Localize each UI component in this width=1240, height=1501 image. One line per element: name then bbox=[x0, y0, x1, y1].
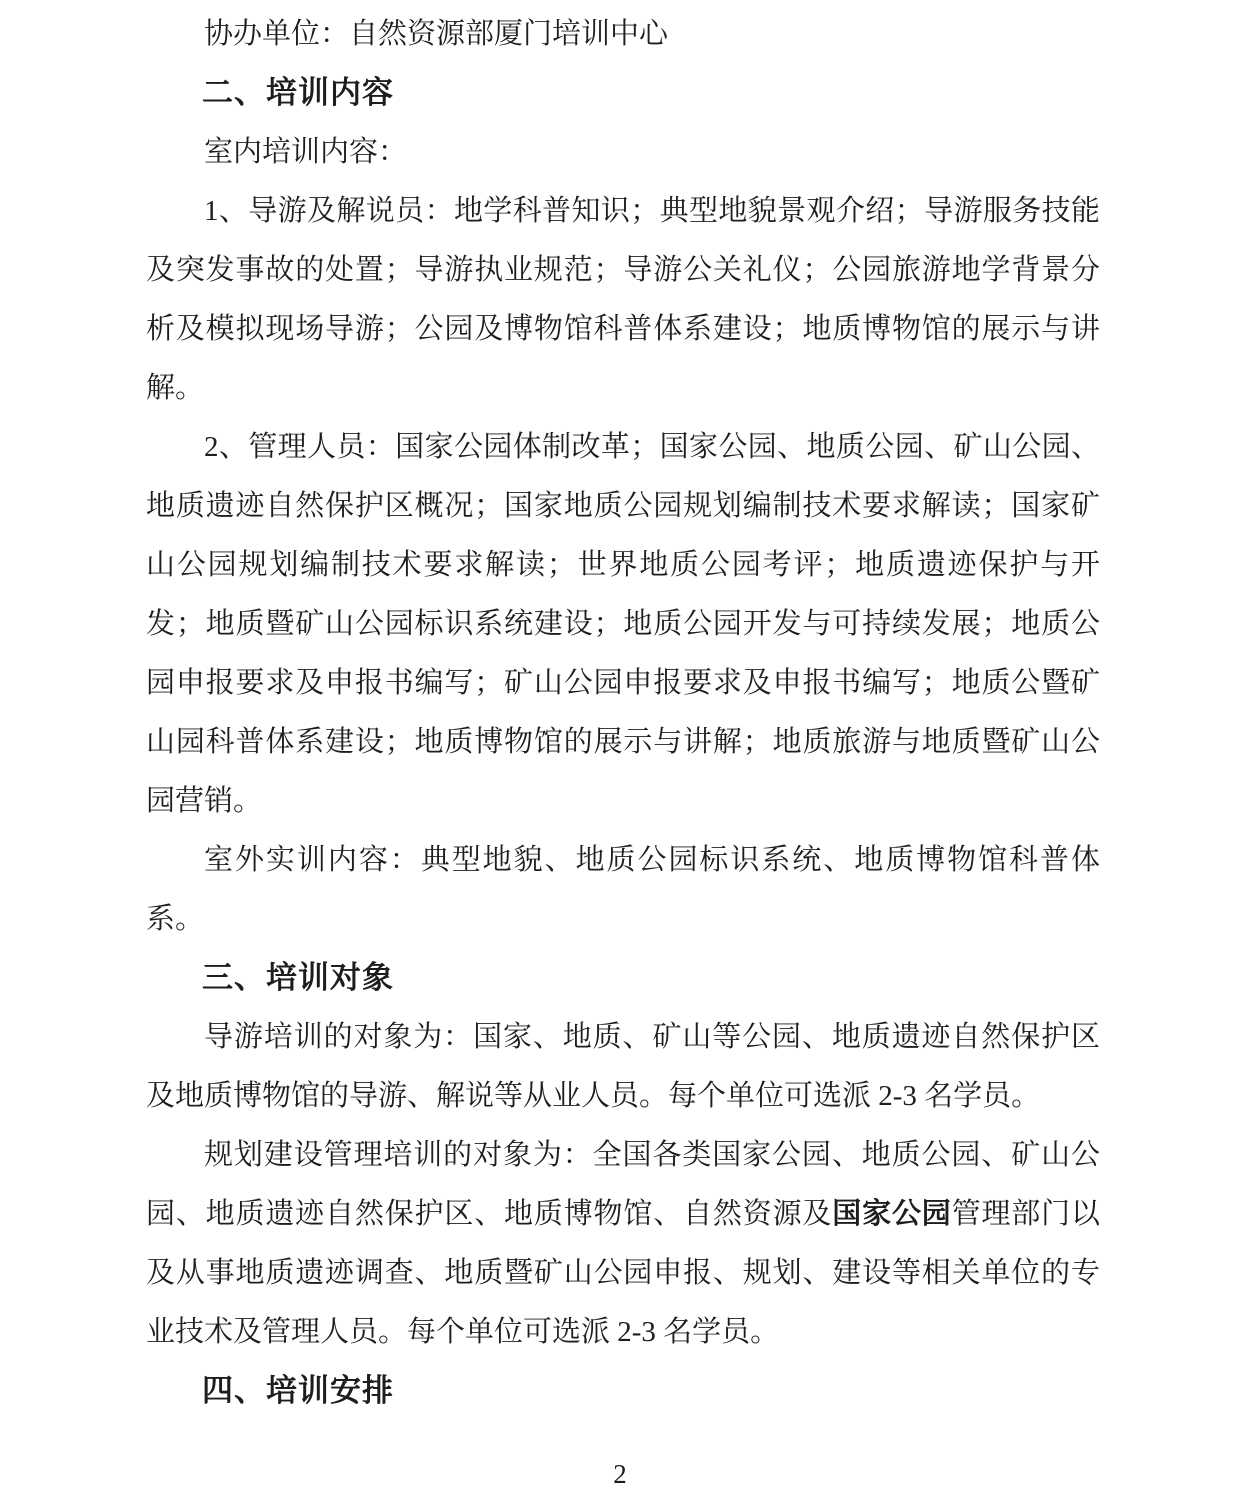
section-heading-training-audience: 三、培训对象 bbox=[146, 949, 1100, 1008]
co-organizer-line: 协办单位：自然资源部厦门培训中心 bbox=[146, 5, 1100, 64]
document-body: 协办单位：自然资源部厦门培训中心 二、培训内容 室内培训内容： 1、导游及解说员… bbox=[146, 5, 1100, 1421]
paragraph-guides-content: 1、导游及解说员：地学科普知识；典型地貌景观介绍；导游服务技能及突发事故的处置；… bbox=[146, 182, 1100, 418]
section-heading-training-schedule: 四、培训安排 bbox=[146, 1362, 1100, 1421]
paragraph-guide-trainees: 导游培训的对象为：国家、地质、矿山等公园、地质遗迹自然保护区及地质博物馆的导游、… bbox=[146, 1008, 1100, 1126]
planning-trainees-text-bold: 国家公园 bbox=[832, 1198, 951, 1230]
section-heading-training-content: 二、培训内容 bbox=[146, 64, 1100, 123]
indoor-training-label: 室内培训内容： bbox=[146, 123, 1100, 182]
paragraph-planning-trainees: 规划建设管理培训的对象为：全国各类国家公园、地质公园、矿山公园、地质遗迹自然保护… bbox=[146, 1126, 1100, 1362]
paragraph-managers-content: 2、管理人员：国家公园体制改革；国家公园、地质公园、矿山公园、地质遗迹自然保护区… bbox=[146, 418, 1100, 831]
paragraph-outdoor-content: 室外实训内容：典型地貌、地质公园标识系统、地质博物馆科普体系。 bbox=[146, 831, 1100, 949]
page-number: 2 bbox=[0, 1459, 1240, 1489]
document-page: 协办单位：自然资源部厦门培训中心 二、培训内容 室内培训内容： 1、导游及解说员… bbox=[0, 0, 1240, 1501]
